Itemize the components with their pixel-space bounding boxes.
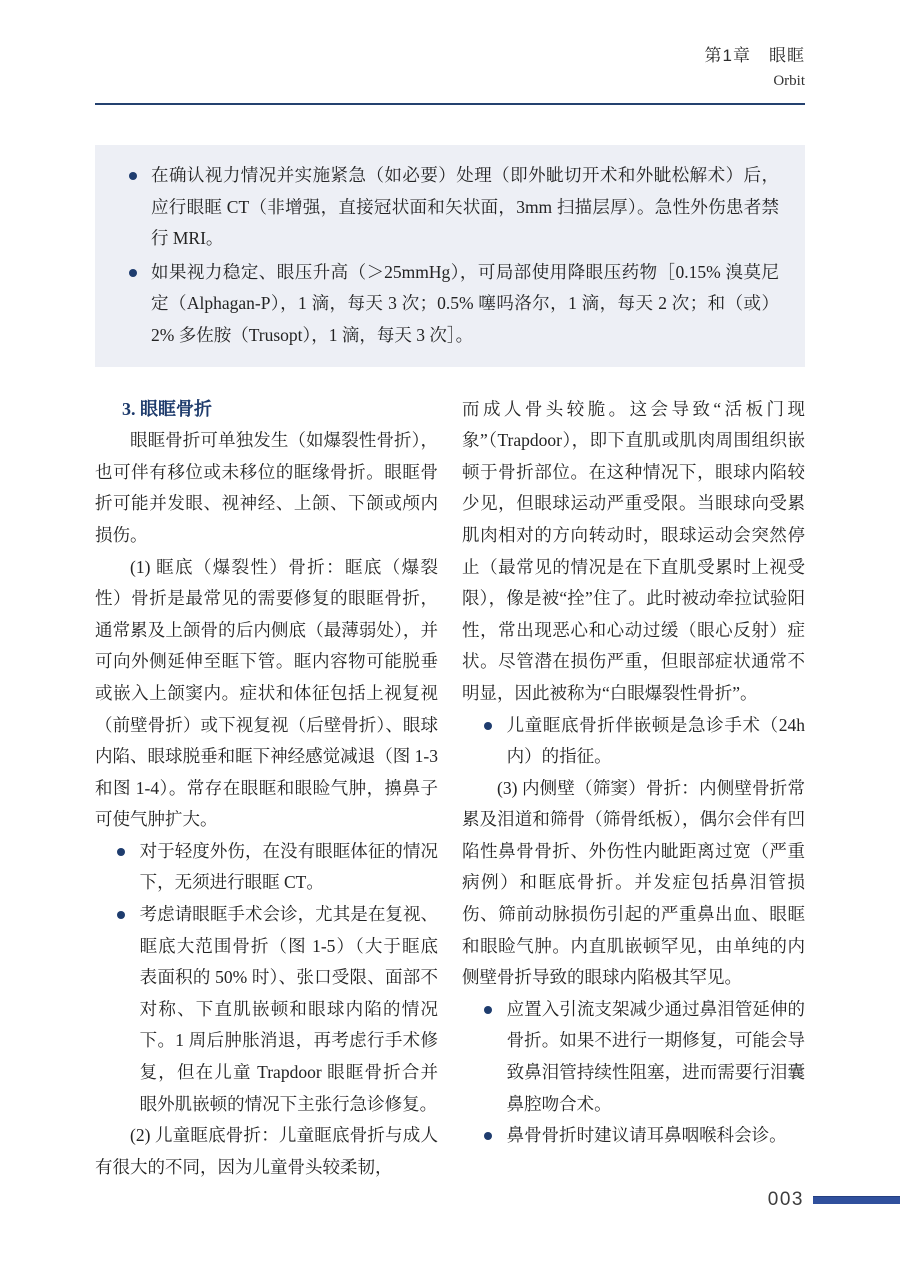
bullet-icon <box>129 172 137 180</box>
list-item: 在确认视力情况并实施紧急（如必要）处理（即外眦切开术和外眦松解术）后，应行眼眶 … <box>127 160 779 255</box>
body-columns: 3. 眼眶骨折 眼眶骨折可单独发生（如爆裂性骨折），也可伴有移位或未移位的眶缘骨… <box>95 394 805 1184</box>
bullet-icon <box>117 911 125 919</box>
footer-bar <box>813 1196 900 1204</box>
list-item: 鼻骨骨折时建议请耳鼻咽喉科会诊。 <box>462 1120 805 1152</box>
bullet-text: 儿童眶底骨折伴嵌顿是急诊手术（24h 内）的指征。 <box>507 715 805 767</box>
paragraph: 眼眶骨折可单独发生（如爆裂性骨折），也可伴有移位或未移位的眶缘骨折。眼眶骨折可能… <box>95 425 438 551</box>
paragraph-continuation: 而成人骨头较脆。这会导致“活板门现象”（Trapdoor），即下直肌或肌肉周围组… <box>462 394 805 710</box>
paragraph: (2) 儿童眶底骨折：儿童眶底骨折与成人有很大的不同，因为儿童骨头较柔韧， <box>95 1120 438 1183</box>
page-header: 第1章 眼眶 Orbit <box>95 44 805 92</box>
bullet-icon <box>484 1006 492 1014</box>
chapter-subtitle: Orbit <box>95 70 805 92</box>
list-item: 考虑请眼眶手术会诊，尤其是在复视、眶底大范围骨折（图 1-5）（大于眶底表面积的… <box>95 899 438 1120</box>
header-divider <box>95 103 805 105</box>
right-column: 而成人骨头较脆。这会导致“活板门现象”（Trapdoor），即下直肌或肌肉周围组… <box>462 394 805 1184</box>
bullet-text: 考虑请眼眶手术会诊，尤其是在复视、眶底大范围骨折（图 1-5）（大于眶底表面积的… <box>140 904 438 1114</box>
book-page: 第1章 眼眶 Orbit 在确认视力情况并实施紧急（如必要）处理（即外眦切开术和… <box>0 0 900 1264</box>
list-item: 儿童眶底骨折伴嵌顿是急诊手术（24h 内）的指征。 <box>462 710 805 773</box>
paragraph: (3) 内侧壁（筛窦）骨折：内侧壁骨折常累及泪道和筛骨（筛骨纸板），偶尔会伴有凹… <box>462 773 805 994</box>
left-column: 3. 眼眶骨折 眼眶骨折可单独发生（如爆裂性骨折），也可伴有移位或未移位的眶缘骨… <box>95 394 438 1184</box>
section-heading: 3. 眼眶骨折 <box>95 394 438 426</box>
list-item: 如果视力稳定、眼压升高（＞25mmHg），可局部使用降眼压药物［0.15% 溴莫… <box>127 257 779 352</box>
paragraph: (1) 眶底（爆裂性）骨折：眶底（爆裂性）骨折是最常见的需要修复的眼眶骨折，通常… <box>95 552 438 836</box>
list-item: 对于轻度外伤，在没有眼眶体征的情况下，无须进行眼眶 CT。 <box>95 836 438 899</box>
list-item: 应置入引流支架减少通过鼻泪管延伸的骨折。如果不进行一期修复，可能会导致鼻泪管持续… <box>462 994 805 1120</box>
bullet-text: 应置入引流支架减少通过鼻泪管延伸的骨折。如果不进行一期修复，可能会导致鼻泪管持续… <box>507 999 805 1114</box>
bullet-icon <box>129 269 137 277</box>
page-number: 003 <box>768 1189 804 1211</box>
bullet-text: 对于轻度外伤，在没有眼眶体征的情况下，无须进行眼眶 CT。 <box>140 841 438 893</box>
bullet-icon <box>117 848 125 856</box>
chapter-title: 第1章 眼眶 <box>95 44 805 68</box>
infobox-bullet-text: 如果视力稳定、眼压升高（＞25mmHg），可局部使用降眼压药物［0.15% 溴莫… <box>151 262 779 345</box>
summary-box: 在确认视力情况并实施紧急（如必要）处理（即外眦切开术和外眦松解术）后，应行眼眶 … <box>95 145 805 367</box>
bullet-icon <box>484 722 492 730</box>
bullet-icon <box>484 1132 492 1140</box>
page-footer: 003 <box>768 1189 900 1211</box>
bullet-text: 鼻骨骨折时建议请耳鼻咽喉科会诊。 <box>507 1125 787 1145</box>
infobox-bullet-text: 在确认视力情况并实施紧急（如必要）处理（即外眦切开术和外眦松解术）后，应行眼眶 … <box>151 165 779 248</box>
